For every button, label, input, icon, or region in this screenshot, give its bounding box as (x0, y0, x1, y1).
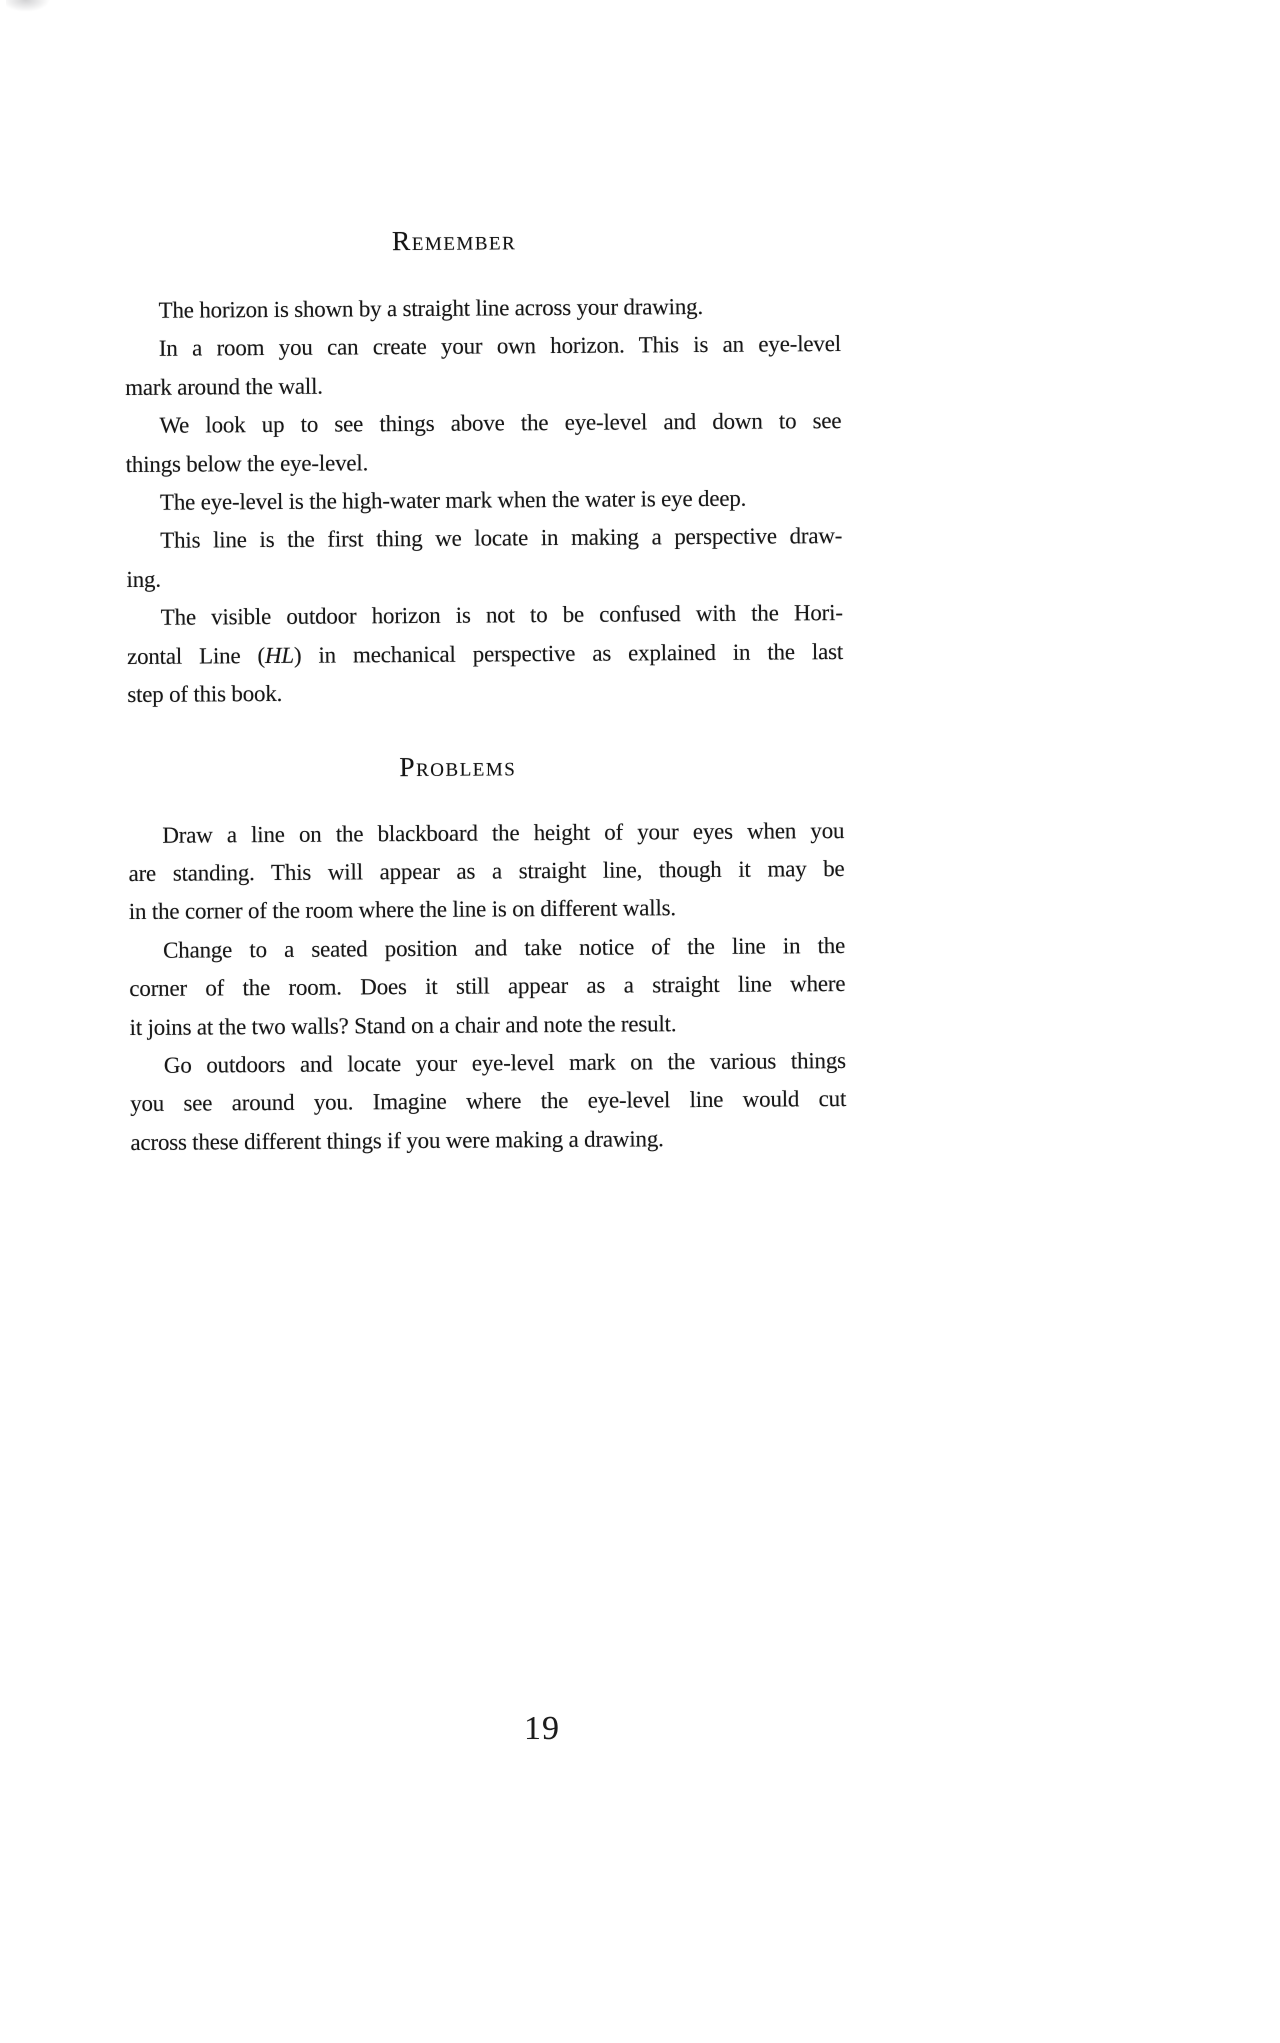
text-line: Draw a line on the blackboard the height… (128, 812, 844, 855)
text-line: The visible outdoor horizon is not to be… (127, 594, 843, 637)
text-line: ing. (126, 556, 842, 599)
section-heading-problems: Problems (128, 745, 844, 788)
text-line: zontal Line (HL) in mechanical perspecti… (127, 633, 843, 676)
text-line: The eye-level is the high-water mark whe… (126, 479, 842, 522)
text-block: Remember The horizon is shown by a strai… (124, 219, 847, 1162)
book-page: Remember The horizon is shown by a strai… (0, 0, 1280, 2043)
text-line: This line is the first thing we locate i… (126, 517, 842, 560)
text-line: things below the eye-level. (126, 441, 842, 484)
scan-smudge (6, 0, 50, 12)
text-line: in the corner of the room where the line… (129, 888, 845, 931)
section-heading-remember: Remember (124, 219, 840, 262)
text-line: We look up to see things above the eye-l… (125, 402, 841, 445)
page-number: 19 (524, 1710, 560, 1748)
text-segment: zontal Line ( (127, 643, 265, 669)
text-line: In a room you can create your own horizo… (125, 325, 841, 368)
text-line: across these different things if you wer… (130, 1119, 846, 1162)
text-line: are standing. This will appear as a stra… (128, 850, 844, 893)
text-line: corner of the room. Does it still appear… (129, 965, 845, 1008)
text-line: it joins at the two walls? Stand on a ch… (129, 1004, 845, 1047)
text-line: The horizon is shown by a straight line … (124, 287, 840, 330)
text-segment: ) in mechanical perspective as explained… (294, 639, 843, 668)
abbreviation-hl: HL (265, 642, 294, 667)
text-line: Go outdoors and locate your eye-level ma… (130, 1042, 846, 1085)
text-line: Change to a seated position and take not… (129, 927, 845, 970)
text-line: you see around you. Imagine where the ey… (130, 1080, 846, 1123)
text-line: mark around the wall. (125, 364, 841, 407)
text-line: step of this book. (127, 671, 843, 714)
